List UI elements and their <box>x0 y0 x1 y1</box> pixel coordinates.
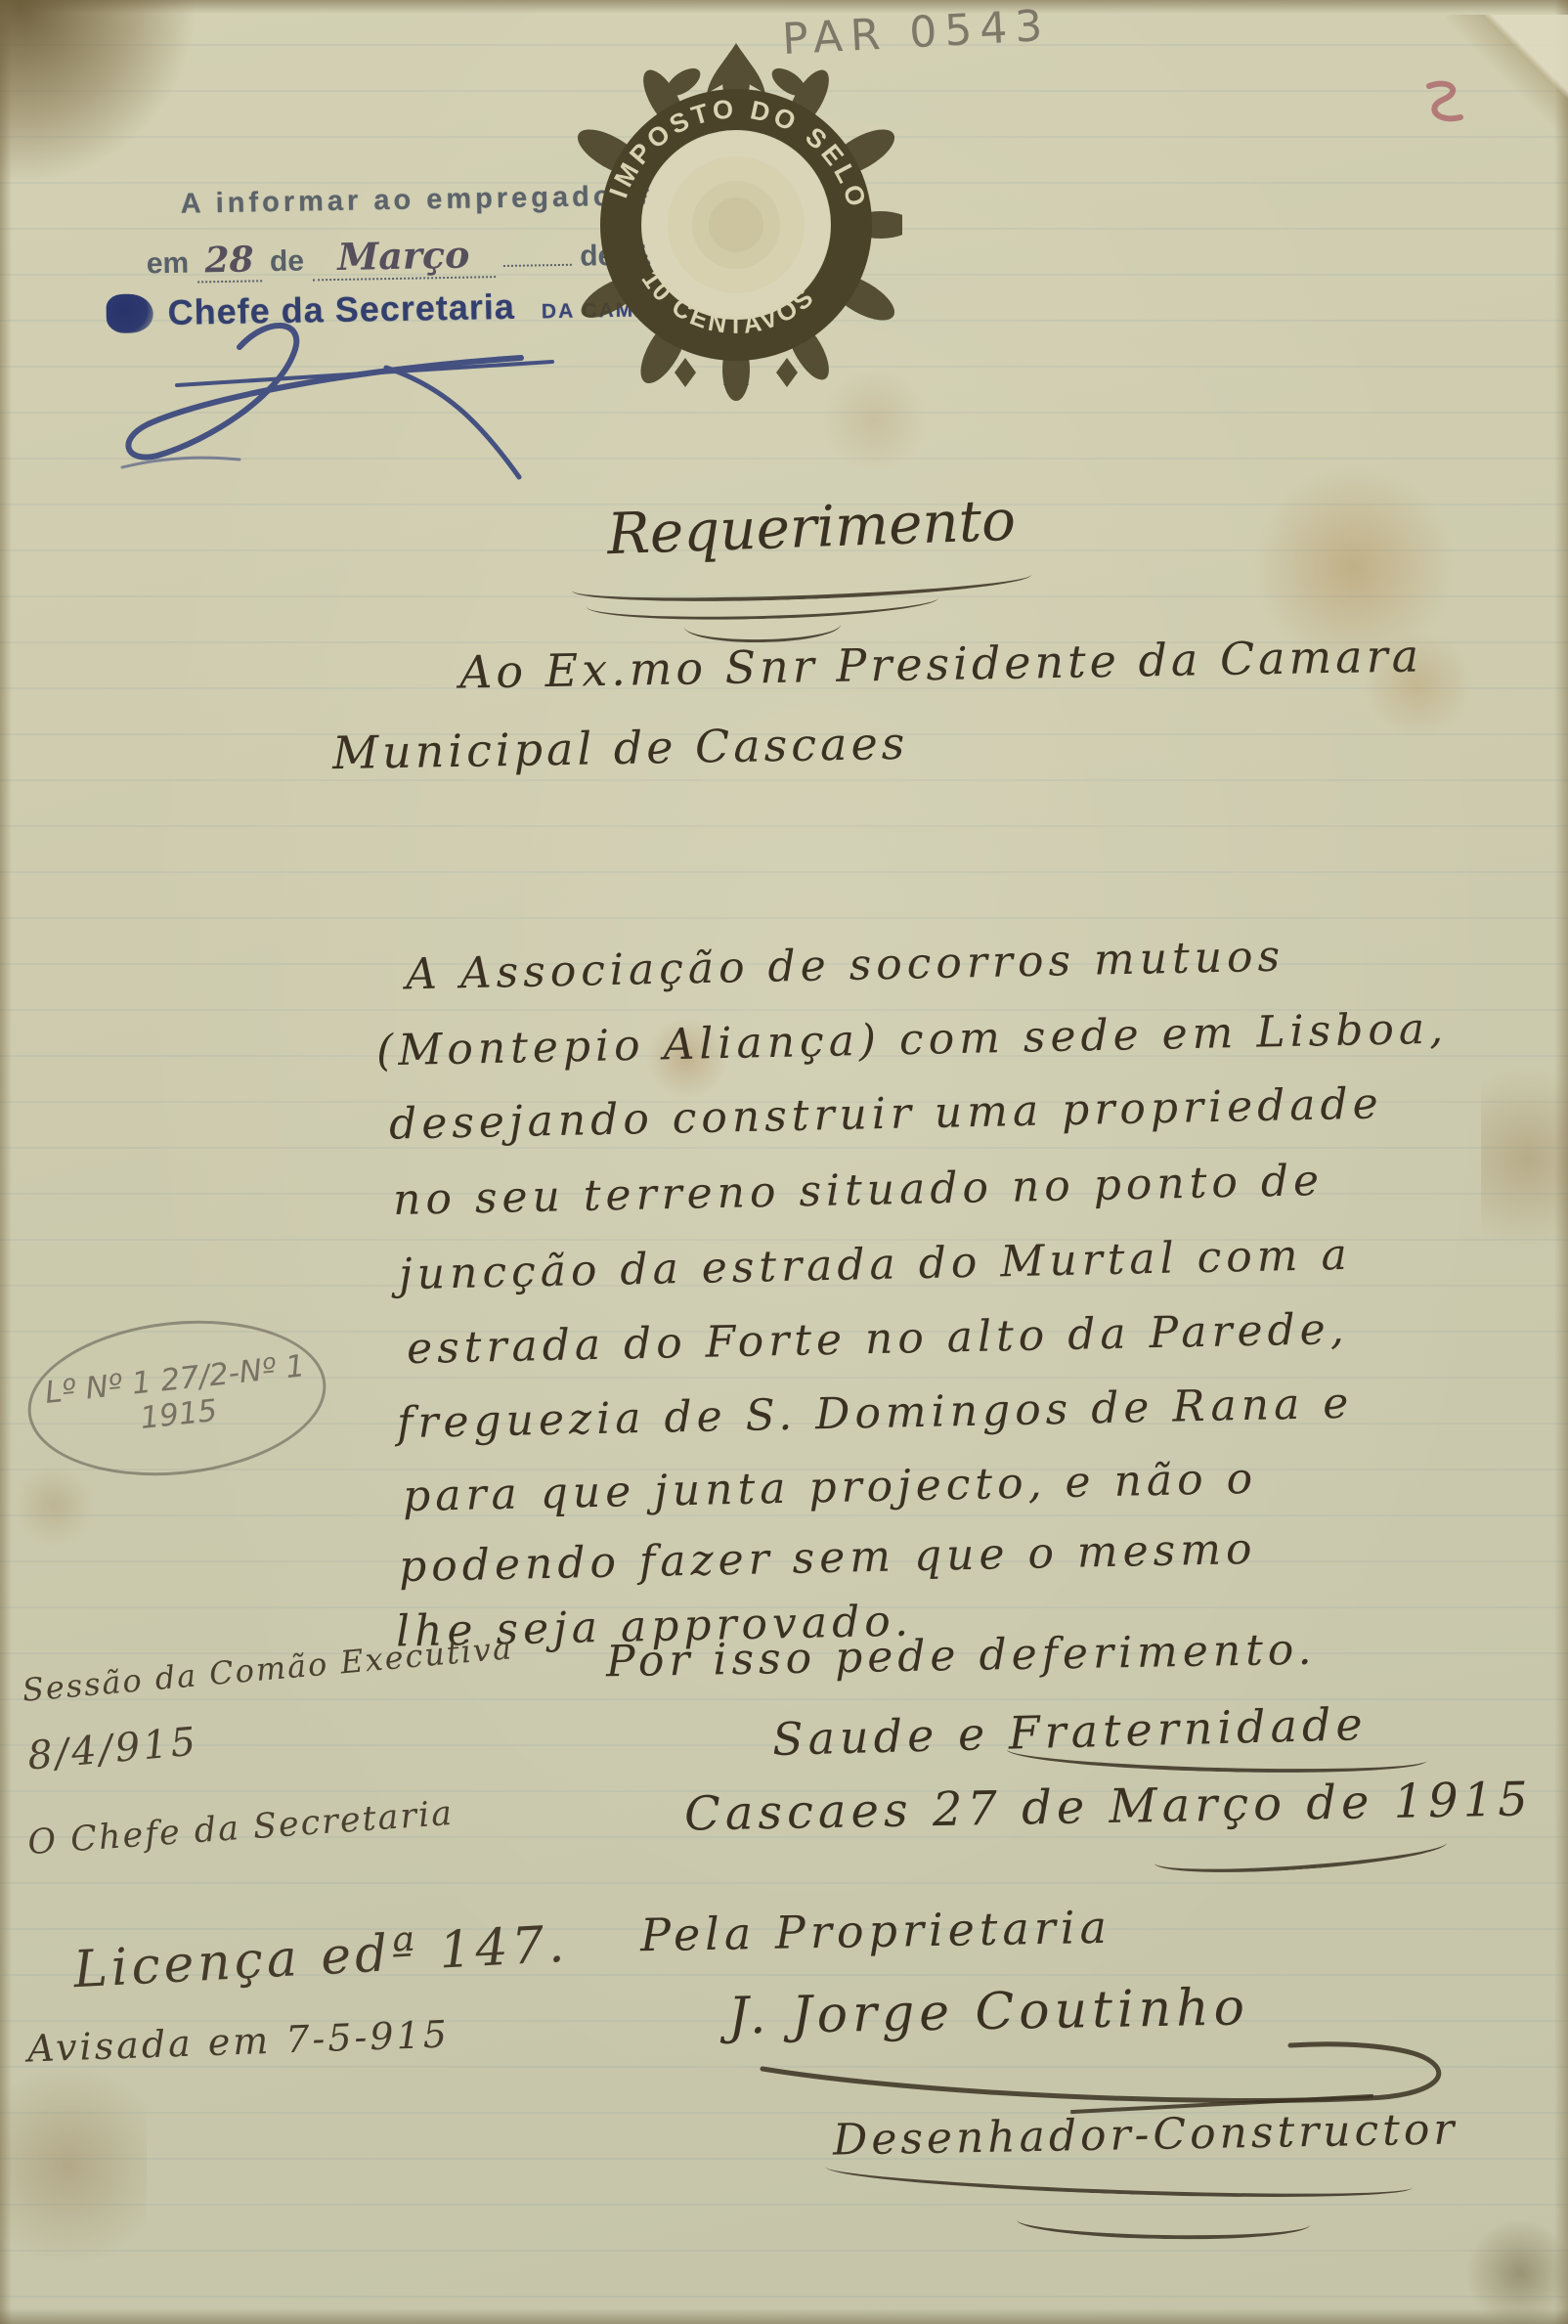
document-page: PAR 0543 A informar ao empregado tec em … <box>0 0 1568 2324</box>
license-note-line-2: Avisada em 7-5-915 <box>26 2012 450 2070</box>
body-line: desejando construir uma propriedade <box>389 1078 1384 1149</box>
stamp-handwritten-month: Março <box>312 232 496 281</box>
stamp-handwritten-day: 28 <box>196 239 262 283</box>
fold-corner-top-right <box>1447 15 1568 181</box>
session-note-line-1: Sessão da Comão Executiva <box>21 1629 514 1709</box>
ink-blob <box>106 293 153 333</box>
stain-left-lower <box>0 2034 147 2298</box>
edge-left <box>0 0 12 2324</box>
stamp-de-label: de <box>270 245 305 279</box>
stamp-da-camara: DA CAMARA <box>542 298 685 324</box>
body-line: estrada do Forte no alto da Parede, <box>407 1304 1350 1374</box>
archival-reference-number: PAR 0543 <box>781 1 1052 65</box>
stamp-line-chefe: Chefe da Secretaria DA CAMARA <box>106 284 685 334</box>
signature-by-line: Pela Proprietaria <box>640 1901 1112 1961</box>
stain-upper-center <box>811 372 938 469</box>
body-line: (Montepio Aliança) com sede em Lisboa, <box>376 1004 1449 1076</box>
salutation-line-2: Municipal de Cascaes <box>332 717 909 779</box>
stain-corner-top-left <box>0 0 196 186</box>
body-line: no seu terreno situado no ponto de <box>393 1156 1325 1225</box>
stamp-dotted-line <box>503 241 572 267</box>
stain-left-mid <box>15 1457 93 1555</box>
document-title: Requerimento <box>576 486 1047 569</box>
red-ink-mark <box>1416 76 1478 139</box>
stain-right-mid <box>1481 1027 1568 1291</box>
title-underline-2 <box>587 582 939 623</box>
salutation-line-1: Ao Ex.mo Snr Presidente da Camara <box>459 629 1423 698</box>
role-underline-2 <box>1017 2199 1311 2241</box>
closing-dateline: Cascaes 27 de Março de 1915 <box>684 1772 1534 1841</box>
scanned-photo: PAR 0543 A informar ao empregado tec em … <box>0 0 1568 2324</box>
stamp-line-date: em 28 de Março de 19 <box>146 229 655 282</box>
body-line: para que junta projecto, e não o <box>403 1454 1258 1521</box>
license-note-line-1: Licença edª 147. <box>72 1915 570 1999</box>
secretaria-ink-stamp: A informar ao empregado tec em 28 de Mar… <box>104 172 791 370</box>
stain-corner-bottom-right <box>1461 2219 1568 2324</box>
stamp-em-label: em <box>147 247 190 281</box>
stamp-year-prefix: de 19 <box>580 239 655 272</box>
closing-salute: Saude e Fraternidade <box>771 1697 1368 1766</box>
body-line: juncção da estrada do Murtal com a <box>399 1230 1353 1299</box>
body-line: A Associação de socorros mutuos <box>406 932 1285 1000</box>
session-note-line-2: 8/4/915 <box>25 1719 200 1778</box>
signature-name: J. Jorge Coutinho <box>728 1978 1250 2045</box>
signature-role: Desenhador-Constructor <box>833 2104 1459 2165</box>
edge-right <box>1554 0 1568 2324</box>
stamp-line-informar: A informar ao empregado tec <box>180 180 678 221</box>
body-line: podendo fazer sem que o mesmo <box>399 1524 1257 1592</box>
session-note-line-3: O Chefe da Secretaria <box>26 1794 455 1863</box>
edge-bottom <box>0 2308 1568 2324</box>
edge-top <box>0 0 1568 14</box>
registry-oval-note: Lº Nº 1 27/2-Nº 1 1915 <box>21 1306 334 1489</box>
stamp-chefe-title: Chefe da Secretaria <box>167 286 515 332</box>
body-line: freguezia de S. Domingos de Rana e <box>397 1379 1354 1448</box>
